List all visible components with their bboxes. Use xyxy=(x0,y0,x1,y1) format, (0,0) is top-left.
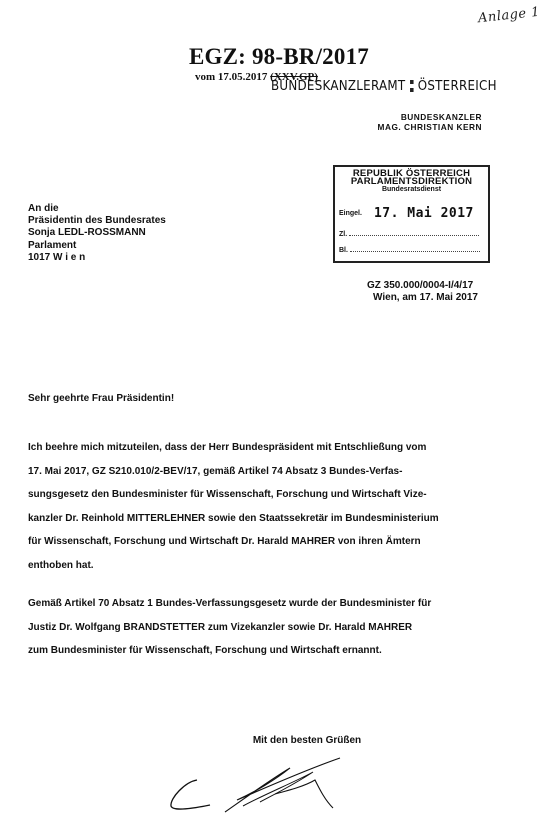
closing-phrase: Mit den besten Grüßen xyxy=(0,735,554,746)
stamp-zl-row: Zl. xyxy=(339,231,484,238)
letterhead-separator-icon xyxy=(409,79,414,93)
recipient-line: An die xyxy=(28,203,166,215)
stamp-bl-line xyxy=(350,251,480,252)
stamp-zl-label: Zl. xyxy=(339,231,347,238)
reference-block: GZ 350.000/0004-I/4/17 Wien, am 17. Mai … xyxy=(367,280,478,304)
chancellor-block: BUNDESKANZLER MAG. CHRISTIAN KERN xyxy=(378,112,482,132)
recipient-line: Präsidentin des Bundesrates xyxy=(28,215,166,227)
signature-icon xyxy=(165,750,365,815)
egz-date: vom 17.05.2017 xyxy=(195,71,267,83)
body-line: Gemäß Artikel 70 Absatz 1 Bundes-Verfass… xyxy=(28,592,528,616)
body-line: für Wissenschaft, Forschung und Wirtscha… xyxy=(28,530,528,554)
stamp-bl-label: Bl. xyxy=(339,247,348,254)
chancellor-title: BUNDESKANZLER xyxy=(378,112,482,122)
recipient-address: An die Präsidentin des Bundesrates Sonja… xyxy=(28,203,166,264)
place-and-date: Wien, am 17. Mai 2017 xyxy=(367,292,478,304)
recipient-line: Sonja LEDL-ROSSMANN xyxy=(28,227,166,239)
handwritten-annotation: Anlage 1 xyxy=(477,5,540,26)
salutation: Sehr geehrte Frau Präsidentin! xyxy=(28,393,174,404)
body-line: Ich beehre mich mitzuteilen, dass der He… xyxy=(28,436,528,460)
body-line: 17. Mai 2017, GZ S210.010/2-BEV/17, gemä… xyxy=(28,460,528,484)
body-line: sungsgesetz den Bundesminister für Wisse… xyxy=(28,483,528,507)
stamp-bl-row: Bl. xyxy=(339,247,484,254)
body-line: kanzler Dr. Reinhold MITTERLEHNER sowie … xyxy=(28,507,528,531)
reference-number: GZ 350.000/0004-I/4/17 xyxy=(367,280,478,292)
stamp-received-row: Eingel.17. Mai 2017 xyxy=(339,206,484,221)
stamp-department: Bundesratsdienst xyxy=(335,186,488,194)
body-paragraph-1: Ich beehre mich mitzuteilen, dass der He… xyxy=(28,436,528,577)
receipt-stamp: REPUBLIK ÖSTERREICH PARLAMENTSDIREKTION … xyxy=(333,165,490,263)
body-line: enthoben hat. xyxy=(28,554,528,578)
stamp-received-label: Eingel. xyxy=(339,210,362,217)
ministry-name: BUNDESKANZLERAMT xyxy=(271,78,405,94)
egz-number: EGZ: 98-BR/2017 xyxy=(189,44,369,70)
country-name: ÖSTERREICH xyxy=(418,78,497,94)
body-paragraph-2: Gemäß Artikel 70 Absatz 1 Bundes-Verfass… xyxy=(28,592,528,663)
stamp-received-date: 17. Mai 2017 xyxy=(374,206,474,221)
chancellor-name: MAG. CHRISTIAN KERN xyxy=(378,122,482,132)
ministry-letterhead: BUNDESKANZLERAMTÖSTERREICH xyxy=(271,78,497,94)
recipient-line: Parlament xyxy=(28,240,166,252)
stamp-directorate: PARLAMENTSDIREKTION xyxy=(335,178,488,186)
stamp-zl-line xyxy=(349,235,479,236)
body-line: Justiz Dr. Wolfgang BRANDSTETTER zum Viz… xyxy=(28,616,528,640)
body-line: zum Bundesminister für Wissenschaft, For… xyxy=(28,639,528,663)
recipient-line: 1017 W i e n xyxy=(28,252,166,264)
